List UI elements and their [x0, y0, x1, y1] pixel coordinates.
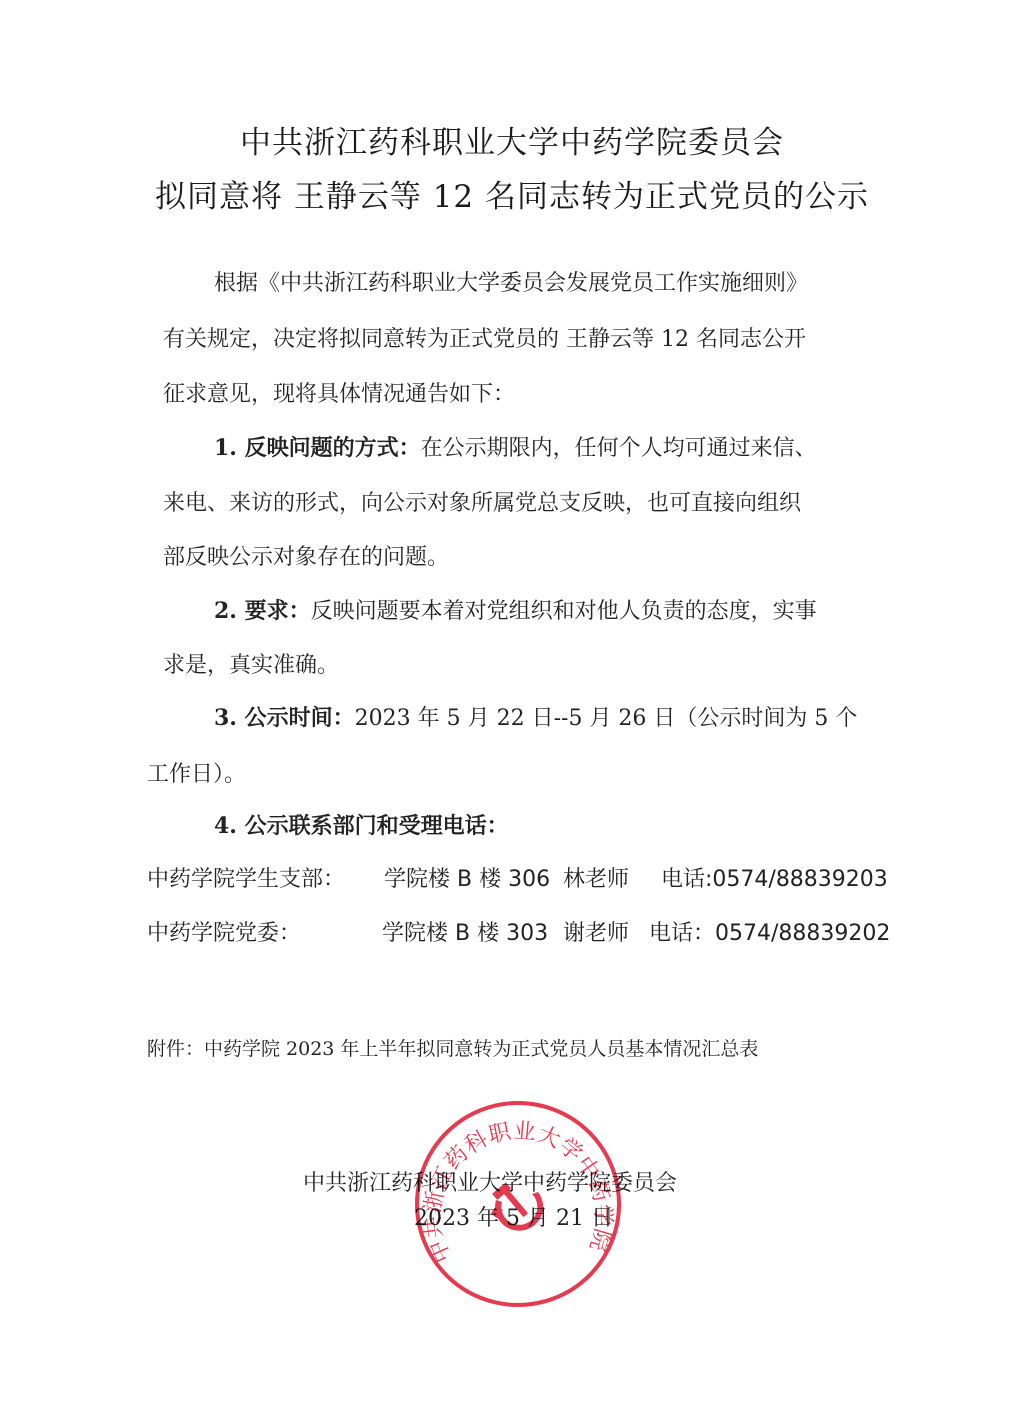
intro-line-2: 有关规定，决定将拟同意转为正式党员的 王静云等 12 名同志公开	[163, 322, 806, 353]
title-organization: 中共浙江药科职业大学中药学院委员会	[0, 117, 1024, 162]
notice-page: 中共浙江药科职业大学中药学院委员会 拟同意将 王静云等 12 名同志转为正式党员…	[0, 0, 1024, 1401]
item-1-line-2: 来电、来访的形式，向公示对象所属党总支反映，也可直接向组织	[163, 486, 801, 517]
item-1-line-1: 1. 反映问题的方式：在公示期限内，任何个人均可通过来信、	[214, 431, 817, 462]
intro-line-1: 根据《中共浙江药科职业大学委员会发展党员工作实施细则》	[214, 266, 808, 297]
svg-text:中共浙江药科职业大学中药学院委员会: 中共浙江药科职业大学中药学院委员会	[412, 1098, 615, 1266]
attachment-note: 附件：中药学院 2023 年上半年拟同意转为正式党员人员基本情况汇总表	[147, 1034, 758, 1061]
intro-line-3: 征求意见，现将具体情况通告如下：	[163, 377, 515, 408]
contact-person: 谢老师	[563, 916, 629, 947]
item-3-line-1: 3. 公示时间：2023 年 5 月 22 日--5 月 26 日（公示时间为 …	[214, 701, 857, 732]
item-3-line-2: 工作日）。	[147, 757, 246, 788]
item-1-text: 在公示期限内，任何个人均可通过来信、	[421, 436, 817, 461]
contact-location: 学院楼 B 楼 303	[382, 916, 548, 947]
item-3-text: 2023 年 5 月 22 日--5 月 26 日（公示时间为 5 个	[355, 706, 858, 731]
contact-phone: 电话:0574/88839203	[661, 862, 888, 893]
contact-department: 中药学院学生支部：	[147, 862, 345, 893]
contact-location: 学院楼 B 楼 306	[384, 862, 550, 893]
contact-person: 林老师	[563, 862, 629, 893]
official-seal-icon: 中共浙江药科职业大学中药学院委员会	[412, 1098, 624, 1310]
item-3-heading: 3. 公示时间：	[214, 705, 355, 731]
item-1-heading: 1. 反映问题的方式：	[214, 435, 421, 461]
item-2-heading: 2. 要求：	[214, 598, 311, 624]
item-1-line-3: 部反映公示对象存在的问题。	[163, 540, 449, 571]
hammer-sickle-icon	[491, 1182, 543, 1230]
contact-phone: 电话：0574/88839202	[649, 916, 890, 947]
contact-department: 中药学院党委：	[147, 916, 301, 947]
item-2-line-2: 求是，真实准确。	[163, 648, 339, 679]
item-2-line-1: 2. 要求：反映问题要本着对党组织和对他人负责的态度，实事	[214, 594, 817, 625]
title-notice: 拟同意将 王静云等 12 名同志转为正式党员的公示	[0, 171, 1024, 216]
item-2-text: 反映问题要本着对党组织和对他人负责的态度，实事	[311, 599, 817, 624]
seal-ring-text: 中共浙江药科职业大学中药学院委员会	[412, 1098, 615, 1266]
item-4-heading: 4. 公示联系部门和受理电话：	[214, 809, 509, 840]
